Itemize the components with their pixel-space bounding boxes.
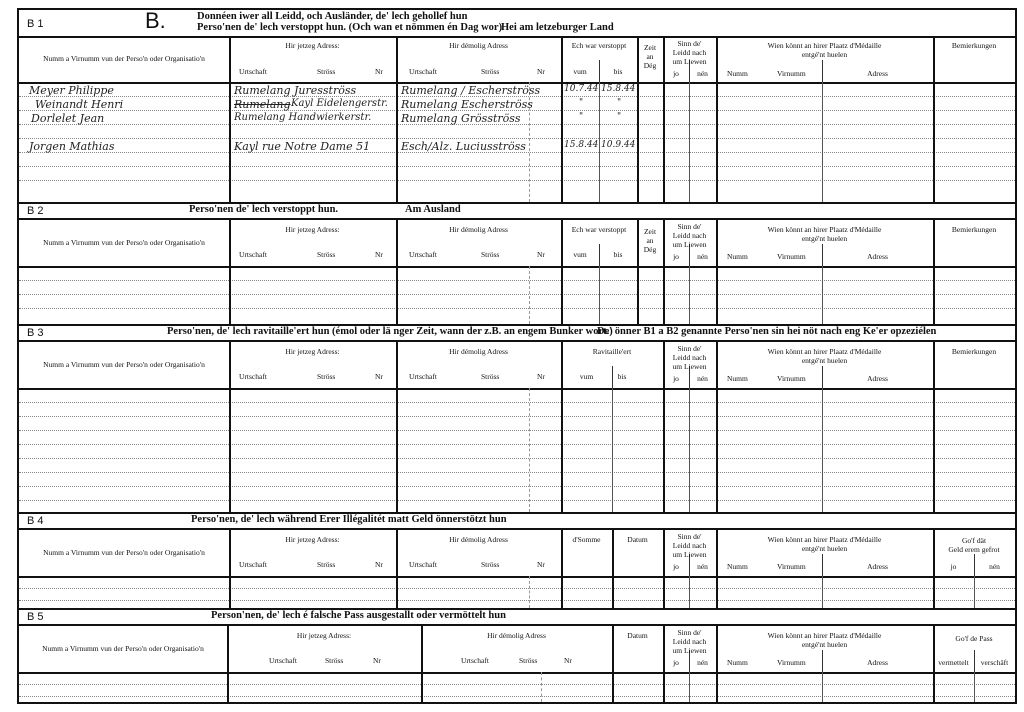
col-date: Datum xyxy=(612,631,663,640)
col-former-address: Hir démolig Adress xyxy=(396,535,561,544)
section-code: B 3 xyxy=(27,327,44,339)
col-hidden: Ech war verstoppt xyxy=(561,225,637,234)
col-no: nén xyxy=(689,69,716,78)
col-remarks: Bemierkungen xyxy=(933,41,1015,50)
entry-to: 15.8.44 xyxy=(601,84,635,94)
table-body xyxy=(19,672,1015,702)
table-header: Numm a Virnumm vun der Perso'n oder Orga… xyxy=(19,220,1015,268)
entry-to: " xyxy=(617,112,621,122)
col-alive: Sinn de'Leidd nachum Liewen xyxy=(663,344,716,371)
col-street: Ströss xyxy=(317,372,335,381)
col-medal: Wien könnt an hirer Plaatz d'Médailleent… xyxy=(716,347,933,365)
entry-from: " xyxy=(579,112,583,122)
col-no: nén xyxy=(689,252,716,261)
col-from: vum xyxy=(561,67,599,76)
col-alive: Sinn de'Leidd nachum Liewen xyxy=(663,222,716,249)
section-b5: B 5 Person'nen, de' lech é falsche Pass … xyxy=(19,610,1015,704)
col-time: ZeitanDég xyxy=(637,43,663,70)
col-name: Numm a Virnumm vun der Perso'n oder Orga… xyxy=(19,644,227,653)
entry-current-address-struck: Rumelang xyxy=(234,98,291,111)
col-mediated: vermettelt xyxy=(933,658,974,667)
col-current-address: Hir jetzeg Adress: xyxy=(229,347,396,356)
col-former-address: Hir démolig Adress xyxy=(396,225,561,234)
col-procured: verschäft xyxy=(974,658,1015,667)
col-medal: Wien könnt an hirer Plaatz d'Médailleent… xyxy=(716,631,933,649)
table-header: Numm a Virnumm vun der Perso'n oder Orga… xyxy=(19,38,1015,84)
col-name: Numm a Virnumm vun der Perso'n oder Orga… xyxy=(19,360,229,369)
col-street: Ströss xyxy=(519,656,537,665)
section-title-right: De' önner B1 a B2 genannte Perso'nen sin… xyxy=(597,326,936,337)
col-remarks: Bemierkungen xyxy=(933,347,1015,356)
col-locality: Urtschaft xyxy=(409,560,437,569)
col-number: Nr xyxy=(537,67,545,76)
col-number: Nr xyxy=(564,656,572,665)
col-no: nén xyxy=(974,562,1015,571)
table-body: Meyer Philippe Rumelang Juresströss Rume… xyxy=(19,82,1015,204)
section-b2: B 2 Perso'nen de' lech verstoppt hun. Am… xyxy=(19,204,1015,324)
col-yes: jo xyxy=(663,374,689,383)
section-b3-title: B 3 Perso'nen, de' lech ravitaille'ert h… xyxy=(19,326,1015,342)
col-name: Numm a Virnumm vun der Perso'n oder Orga… xyxy=(19,54,229,63)
section-code: B 5 xyxy=(27,611,44,623)
form-letter: B. xyxy=(145,8,166,34)
col-pass-given: Go'f de Pass xyxy=(933,634,1015,643)
form-page: B 1 B. Donnéen iwer all Leidd, och Auslä… xyxy=(17,8,1017,704)
col-locality: Urtschaft xyxy=(239,67,267,76)
col-street: Ströss xyxy=(317,250,335,259)
col-to: bis xyxy=(612,372,632,381)
entry-current-address: Kayl rue Notre Dame 51 xyxy=(234,140,370,153)
col-first-name: Numm xyxy=(727,562,748,571)
col-medal: Wien könnt an hirer Plaatz d'Médailleent… xyxy=(716,41,933,59)
col-remarks: Bemierkungen xyxy=(933,225,1015,234)
col-yes: jo xyxy=(663,562,689,571)
entry-name: Weinandt Henri xyxy=(35,98,123,111)
col-from: vum xyxy=(561,372,612,381)
section-b4-title: B 4 Perso'nen, de' lech während Erer Ill… xyxy=(19,514,1015,530)
col-first-name: Numm xyxy=(727,658,748,667)
col-to: bis xyxy=(599,250,637,259)
col-former-address: Hir démolig Adress xyxy=(421,631,612,640)
col-to: bis xyxy=(599,67,637,76)
col-surname: Virnumm xyxy=(777,374,806,383)
table-header: Numm a Virnumm vun der Perso'n oder Orga… xyxy=(19,530,1015,578)
col-yes: jo xyxy=(663,69,689,78)
section-b4: B 4 Perso'nen, de' lech während Erer Ill… xyxy=(19,514,1015,608)
col-address: Adress xyxy=(822,374,933,383)
col-time: ZeitanDég xyxy=(637,227,663,254)
entry-former-address: Rumelang Grösströss xyxy=(401,112,521,125)
col-number: Nr xyxy=(375,372,383,381)
col-surname: Virnumm xyxy=(777,69,806,78)
entry-current-address: Rumelang Juresströss xyxy=(234,84,356,97)
col-alive: Sinn de'Leidd nachum Liewen xyxy=(663,39,716,66)
section-title: Perso'nen de' lech verstoppt hun. xyxy=(189,204,338,215)
section-code: B 4 xyxy=(27,515,44,527)
entry-to: " xyxy=(617,98,621,108)
col-medal: Wien könnt an hirer Plaatz d'Médailleent… xyxy=(716,535,933,553)
entry-name: Jorgen Mathias xyxy=(29,140,114,153)
entry-former-address: Rumelang Escherströss xyxy=(401,98,533,111)
col-number: Nr xyxy=(375,250,383,259)
section-title: Perso'nen, de' lech während Erer Illégal… xyxy=(191,514,507,525)
col-yes: jo xyxy=(663,658,689,667)
col-street: Ströss xyxy=(481,250,499,259)
table-header: Numm a Virnumm vun der Perso'n oder Orga… xyxy=(19,342,1015,390)
col-hidden: Ech war verstoppt xyxy=(561,41,637,50)
col-street: Ströss xyxy=(481,560,499,569)
col-number: Nr xyxy=(375,67,383,76)
col-current-address: Hir jetzeg Adress: xyxy=(229,41,396,50)
col-current-address: Hir jetzeg Adress: xyxy=(229,535,396,544)
col-surname: Virnumm xyxy=(777,252,806,261)
col-sum: d'Somme xyxy=(561,535,612,544)
col-first-name: Numm xyxy=(727,374,748,383)
section-b3: B 3 Perso'nen, de' lech ravitaille'ert h… xyxy=(19,326,1015,512)
col-no: nén xyxy=(689,562,716,571)
col-address: Adress xyxy=(822,658,933,667)
col-address: Adress xyxy=(822,562,933,571)
col-yes: jo xyxy=(663,252,689,261)
col-locality: Urtschaft xyxy=(409,372,437,381)
entry-name: Meyer Philippe xyxy=(29,84,114,97)
col-number: Nr xyxy=(375,560,383,569)
section-title: Perso'nen, de' lech ravitaille'ert hun (… xyxy=(167,326,613,337)
col-first-name: Numm xyxy=(727,252,748,261)
table-body xyxy=(19,266,1015,326)
col-locality: Urtschaft xyxy=(239,560,267,569)
col-from: vum xyxy=(561,250,599,259)
entry-to: 10.9.44 xyxy=(601,140,635,150)
section-code: B 1 xyxy=(27,18,44,30)
col-address: Adress xyxy=(822,69,933,78)
entry-from: 10.7.44 xyxy=(564,84,598,94)
section-title: Person'nen, de' lech é falsche Pass ausg… xyxy=(211,610,506,621)
table-header: Numm a Virnumm vun der Perso'n oder Orga… xyxy=(19,626,1015,674)
section-code: B 2 xyxy=(27,205,44,217)
col-locality: Urtschaft xyxy=(409,67,437,76)
col-former-address: Hir démolig Adress xyxy=(396,347,561,356)
col-supplied: Ravitaille'ert xyxy=(561,347,663,356)
col-medal: Wien könnt an hirer Plaatz d'Médailleent… xyxy=(716,225,933,243)
col-street: Ströss xyxy=(317,560,335,569)
col-no: nén xyxy=(689,658,716,667)
form-title-line2-right: Hei am letzeburger Land xyxy=(501,22,614,33)
form-title-line1: Donnéen iwer all Leidd, och Ausländer, d… xyxy=(197,11,467,22)
section-b5-title: B 5 Person'nen, de' lech é falsche Pass … xyxy=(19,610,1015,626)
col-street: Ströss xyxy=(481,67,499,76)
table-body xyxy=(19,576,1015,610)
entry-current-address: Rumelang Handwierkerstr. xyxy=(234,112,371,123)
col-locality: Urtschaft xyxy=(461,656,489,665)
col-date: Datum xyxy=(612,535,663,544)
section-b1: B 1 B. Donnéen iwer all Leidd, och Auslä… xyxy=(19,10,1015,202)
form-title-line2: Perso'nen de' lech verstoppt hun. (Och w… xyxy=(197,22,502,33)
col-name: Numm a Virnumm vun der Perso'n oder Orga… xyxy=(19,238,229,247)
col-address: Adress xyxy=(822,252,933,261)
col-number: Nr xyxy=(373,656,381,665)
col-number: Nr xyxy=(537,560,545,569)
col-number: Nr xyxy=(537,372,545,381)
col-former-address: Hir démolig Adress xyxy=(396,41,561,50)
col-alive: Sinn de'Leidd nachum Liewen xyxy=(663,628,716,655)
col-first-name: Numm xyxy=(727,69,748,78)
col-locality: Urtschaft xyxy=(269,656,297,665)
table-body xyxy=(19,388,1015,514)
col-name: Numm a Virnumm vun der Perso'n oder Orga… xyxy=(19,548,229,557)
entry-former-address: Esch/Alz. Luciusströss xyxy=(401,140,526,153)
section-b1-title: B 1 B. Donnéen iwer all Leidd, och Auslä… xyxy=(19,10,1015,38)
section-b2-title: B 2 Perso'nen de' lech verstoppt hun. Am… xyxy=(19,204,1015,220)
entry-former-address: Rumelang / Escherströss xyxy=(401,84,540,97)
section-title-right: Am Ausland xyxy=(405,204,461,215)
col-locality: Urtschaft xyxy=(409,250,437,259)
col-surname: Virnumm xyxy=(777,658,806,667)
col-number: Nr xyxy=(537,250,545,259)
col-locality: Urtschaft xyxy=(239,372,267,381)
col-street: Ströss xyxy=(317,67,335,76)
col-street: Ströss xyxy=(325,656,343,665)
col-money-given: Go'f dätGeld erem gefrot xyxy=(933,536,1015,554)
col-yes: jo xyxy=(933,562,974,571)
col-locality: Urtschaft xyxy=(239,250,267,259)
col-no: nén xyxy=(689,374,716,383)
col-surname: Virnumm xyxy=(777,562,806,571)
col-current-address: Hir jetzeg Adress: xyxy=(227,631,421,640)
col-current-address: Hir jetzeg Adress: xyxy=(229,225,396,234)
col-street: Ströss xyxy=(481,372,499,381)
col-alive: Sinn de'Leidd nachum Liewen xyxy=(663,532,716,559)
entry-name: Dorlelet Jean xyxy=(31,112,104,125)
entry-from: 15.8.44 xyxy=(564,140,598,150)
entry-current-address: Kayl Eidelengerstr. xyxy=(291,98,388,109)
entry-from: " xyxy=(579,98,583,108)
